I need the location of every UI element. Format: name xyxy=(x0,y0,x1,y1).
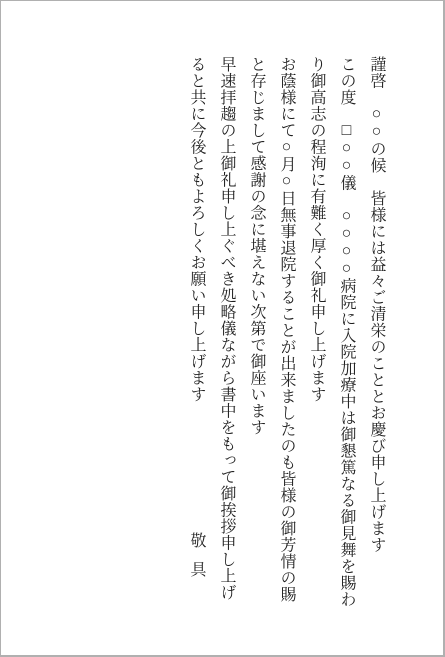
body-line-7: ると共に今後ともよろしくお願い申し上げます 敬具 xyxy=(0,56,211,604)
closing-word: 敬具 xyxy=(0,532,211,590)
body-line-3: り御高志の程洵に有難く厚く御礼申し上げます xyxy=(301,56,331,604)
letter-content: 謹啓 ○○の候 皆様には益々ご清栄のこととお慶び申し上げます この度 □○○儀 … xyxy=(0,56,391,604)
body-line-7-text: ると共に今後ともよろしくお願い申し上げます xyxy=(0,56,211,403)
body-line-6: 早速拝趨の上御礼申し上ぐべき処略儀ながら書中をもって御挨拶申し上げ xyxy=(211,56,241,604)
body-line-5: と存じまして感謝の念に堪えない次第で御座います xyxy=(241,56,271,604)
letter-page: 謹啓 ○○の候 皆様には益々ご清栄のこととお慶び申し上げます この度 □○○儀 … xyxy=(0,0,445,657)
body-line-2: この度 □○○儀 ○○○○病院に入院加療中は御懇篤なる御見舞を賜わ xyxy=(331,56,361,604)
body-line-1: 謹啓 ○○の候 皆様には益々ご清栄のこととお慶び申し上げます xyxy=(361,56,391,604)
body-line-4: お蔭様にて○月○日無事退院することが出来ましたのも皆様の御芳情の賜 xyxy=(271,56,301,604)
